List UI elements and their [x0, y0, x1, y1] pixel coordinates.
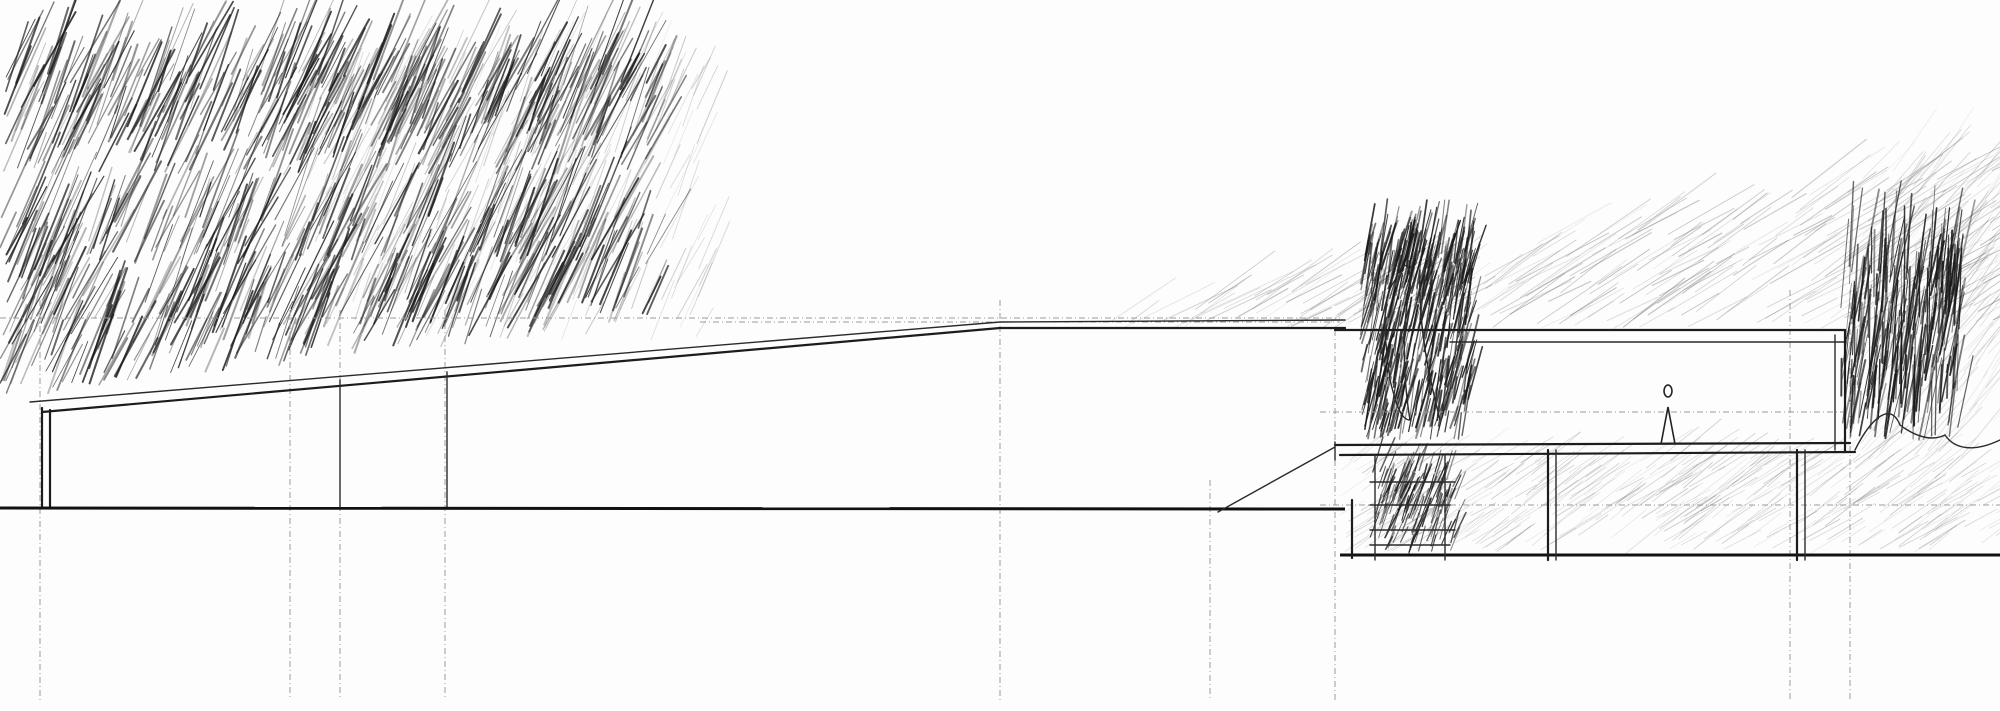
terrain-right	[1855, 414, 2000, 450]
ramp	[1218, 447, 1335, 512]
human-figure	[1661, 385, 1675, 444]
foliage-hatching-dark	[0, 0, 1975, 553]
left-wing-building	[30, 320, 1345, 508]
ground-line	[0, 508, 1345, 509]
architectural-section-sketch	[0, 0, 2000, 711]
